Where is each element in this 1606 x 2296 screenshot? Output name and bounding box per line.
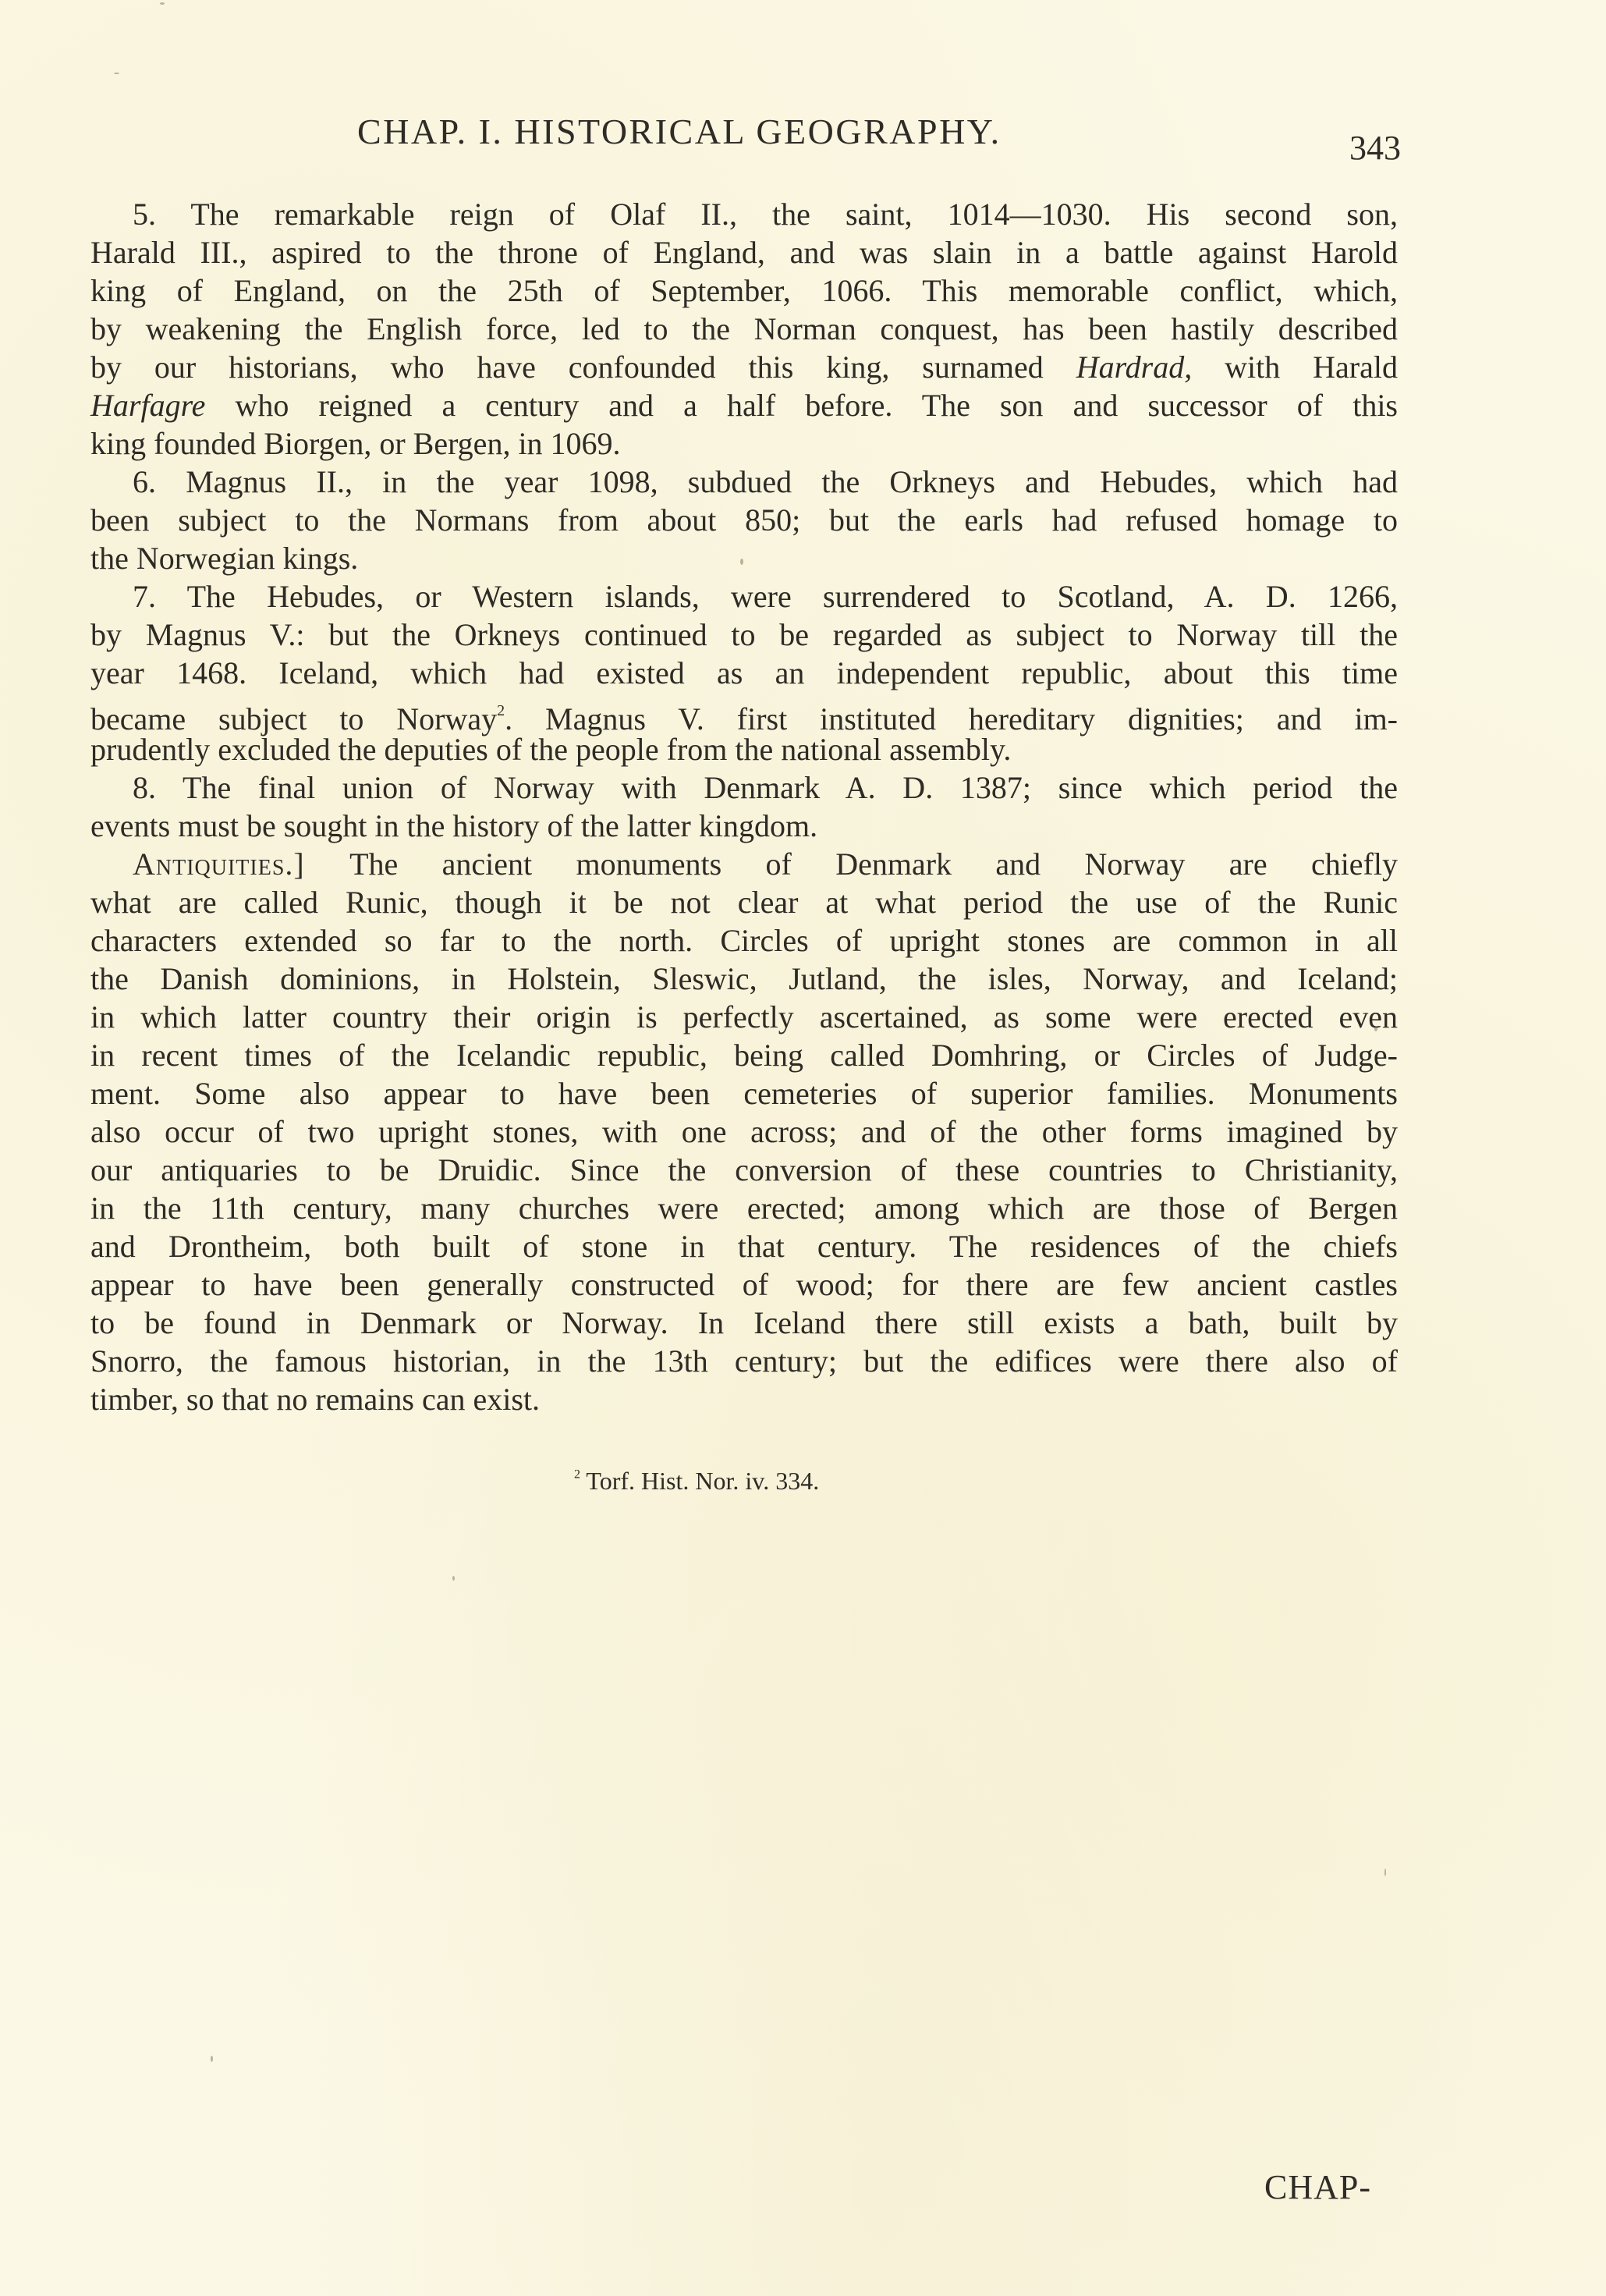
footnote-text: Torf. Hist. Nor. iv. 334. — [586, 1467, 819, 1495]
text-line: year 1468. Iceland, which had existed as… — [90, 654, 1398, 692]
paper-speck — [211, 2056, 213, 2062]
text-line: our antiquaries to be Druidic. Since the… — [90, 1151, 1398, 1189]
text-line: 8. The final union of Norway with Denmar… — [90, 768, 1398, 807]
italic-name: Hardrad, — [1076, 350, 1193, 385]
text-line: became subject to Norway2. Magnus V. fir… — [90, 692, 1398, 730]
text-line: in recent times of the Icelandic republi… — [90, 1036, 1398, 1074]
footnote-marker: 2 — [574, 1468, 580, 1482]
paper-speck — [1384, 1868, 1386, 1876]
paper-speck — [114, 73, 119, 74]
text-line: Antiquities.] The ancient monuments of D… — [90, 845, 1398, 883]
paper-speck — [160, 2, 165, 5]
text-line: ment. Some also appear to have been ceme… — [90, 1074, 1398, 1113]
text-line: by our historians, who have confounded t… — [90, 348, 1398, 386]
text-line: in the 11th century, many churches were … — [90, 1189, 1398, 1227]
text-line: what are called Runic, though it be not … — [90, 883, 1398, 921]
text-line: been subject to the Normans from about 8… — [90, 501, 1398, 539]
paper-speck — [1374, 1027, 1377, 1031]
paragraph-number: 7. — [133, 579, 187, 614]
text-line: characters extended so far to the north.… — [90, 921, 1398, 960]
text-line: 7. The Hebudes, or Western islands, were… — [90, 577, 1398, 616]
text-line: events must be sought in the history of … — [90, 807, 1398, 845]
catchword: CHAP- — [1264, 2167, 1371, 2207]
text-line: Harfagre who reigned a century and a hal… — [90, 386, 1398, 424]
text-line: to be found in Denmark or Norway. In Ice… — [90, 1304, 1398, 1342]
footnote-reference: 2 — [497, 702, 505, 719]
text-line: 5. The remarkable reign of Olaf II., the… — [90, 195, 1398, 233]
text-line: king of England, on the 25th of Septembe… — [90, 271, 1398, 310]
section-heading: Antiquities.] — [133, 846, 349, 882]
footnote: 2 Torf. Hist. Nor. iv. 334. — [574, 1467, 819, 1496]
text-line: the Norwegian kings. — [90, 539, 1398, 577]
running-head-title: CHAP. I. HISTORICAL GEOGRAPHY. — [357, 111, 1002, 152]
text-line: and Drontheim, both built of stone in th… — [90, 1227, 1398, 1265]
paragraph-number: 8. — [133, 770, 183, 805]
text-line: by weakening the English force, led to t… — [90, 310, 1398, 348]
text-line: by Magnus V.: but the Orkneys continued … — [90, 616, 1398, 654]
italic-name: Harfagre — [90, 388, 205, 423]
text-line: appear to have been generally constructe… — [90, 1265, 1398, 1304]
paragraph-number: 6. — [133, 464, 186, 499]
text-line: the Danish dominions, in Holstein, Slesw… — [90, 960, 1398, 998]
text-line: Snorro, the famous historian, in the 13t… — [90, 1342, 1398, 1380]
text-line: timber, so that no remains can exist. — [90, 1380, 1398, 1418]
page-number: 343 — [1349, 128, 1401, 168]
text-line: also occur of two upright stones, with o… — [90, 1113, 1398, 1151]
paper-speck — [452, 1576, 455, 1581]
text-line: in which latter country their origin is … — [90, 998, 1398, 1036]
text-line: Harald III., aspired to the throne of En… — [90, 233, 1398, 271]
text-line: king founded Biorgen, or Bergen, in 1069… — [90, 424, 1398, 463]
paper-speck — [740, 559, 743, 565]
book-page: CHAP. I. HISTORICAL GEOGRAPHY. 343 5. Th… — [0, 0, 1606, 2296]
text-line: 6. Magnus II., in the year 1098, subdued… — [90, 463, 1398, 501]
paragraph-number: 5. — [133, 197, 190, 232]
body-text: 5. The remarkable reign of Olaf II., the… — [90, 195, 1398, 1418]
